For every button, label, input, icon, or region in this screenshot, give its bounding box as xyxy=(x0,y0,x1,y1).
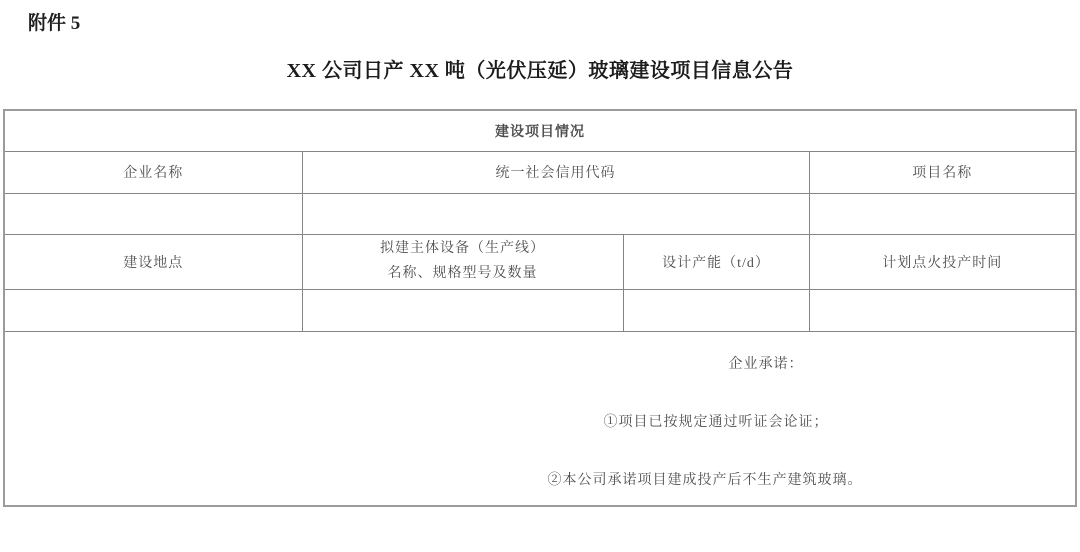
table-row: 建设项目情况 xyxy=(4,110,1076,151)
input-cell-ignition-time xyxy=(809,289,1076,331)
table-row xyxy=(4,289,1076,331)
promise-cell: 企业承诺： ①项目已按规定通过听证会论证； ②本公司承诺项目建成投产后不生产建筑… xyxy=(4,331,1076,506)
table-row: 企业承诺： ①项目已按规定通过听证会论证； ②本公司承诺项目建成投产后不生产建筑… xyxy=(4,331,1076,506)
document-page: 附件 5 XX 公司日产 XX 吨（光伏压延）玻璃建设项目信息公告 建设项目情况… xyxy=(0,0,1080,552)
input-cell-capacity xyxy=(623,289,809,331)
input-cell-location xyxy=(4,289,302,331)
project-info-table: 建设项目情况 企业名称 统一社会信用代码 项目名称 建设地点 拟建主体设备（生产… xyxy=(3,109,1077,507)
label-equipment: 拟建主体设备（生产线） 名称、规格型号及数量 xyxy=(302,234,623,289)
label-company-name: 企业名称 xyxy=(4,151,302,193)
input-cell-credit-code xyxy=(302,193,809,234)
label-credit-code: 统一社会信用代码 xyxy=(302,151,809,193)
page-title: XX 公司日产 XX 吨（光伏压延）玻璃建设项目信息公告 xyxy=(0,54,1080,83)
table-row xyxy=(4,193,1076,234)
label-ignition-time: 计划点火投产时间 xyxy=(809,234,1076,289)
input-cell-equipment xyxy=(302,289,623,331)
label-project-name: 项目名称 xyxy=(809,151,1076,193)
promise-heading: 企业承诺： xyxy=(457,351,1075,379)
input-cell-project-name xyxy=(809,193,1076,234)
label-location: 建设地点 xyxy=(4,234,302,289)
promise-item-1: ①项目已按规定通过听证会论证； xyxy=(357,409,1075,437)
label-equipment-line1: 拟建主体设备（生产线） xyxy=(380,241,545,256)
promise-item-2: ②本公司承诺项目建成投产后不生产建筑玻璃。 xyxy=(335,467,1075,495)
table-row: 建设地点 拟建主体设备（生产线） 名称、规格型号及数量 设计产能（t/d） 计划… xyxy=(4,234,1076,289)
input-cell-company-name xyxy=(4,193,302,234)
label-capacity: 设计产能（t/d） xyxy=(623,234,809,289)
table-row: 企业名称 统一社会信用代码 项目名称 xyxy=(4,151,1076,193)
section-header-cell: 建设项目情况 xyxy=(4,110,1076,151)
attachment-label: 附件 5 xyxy=(28,8,80,35)
label-equipment-line2: 名称、规格型号及数量 xyxy=(388,266,538,281)
